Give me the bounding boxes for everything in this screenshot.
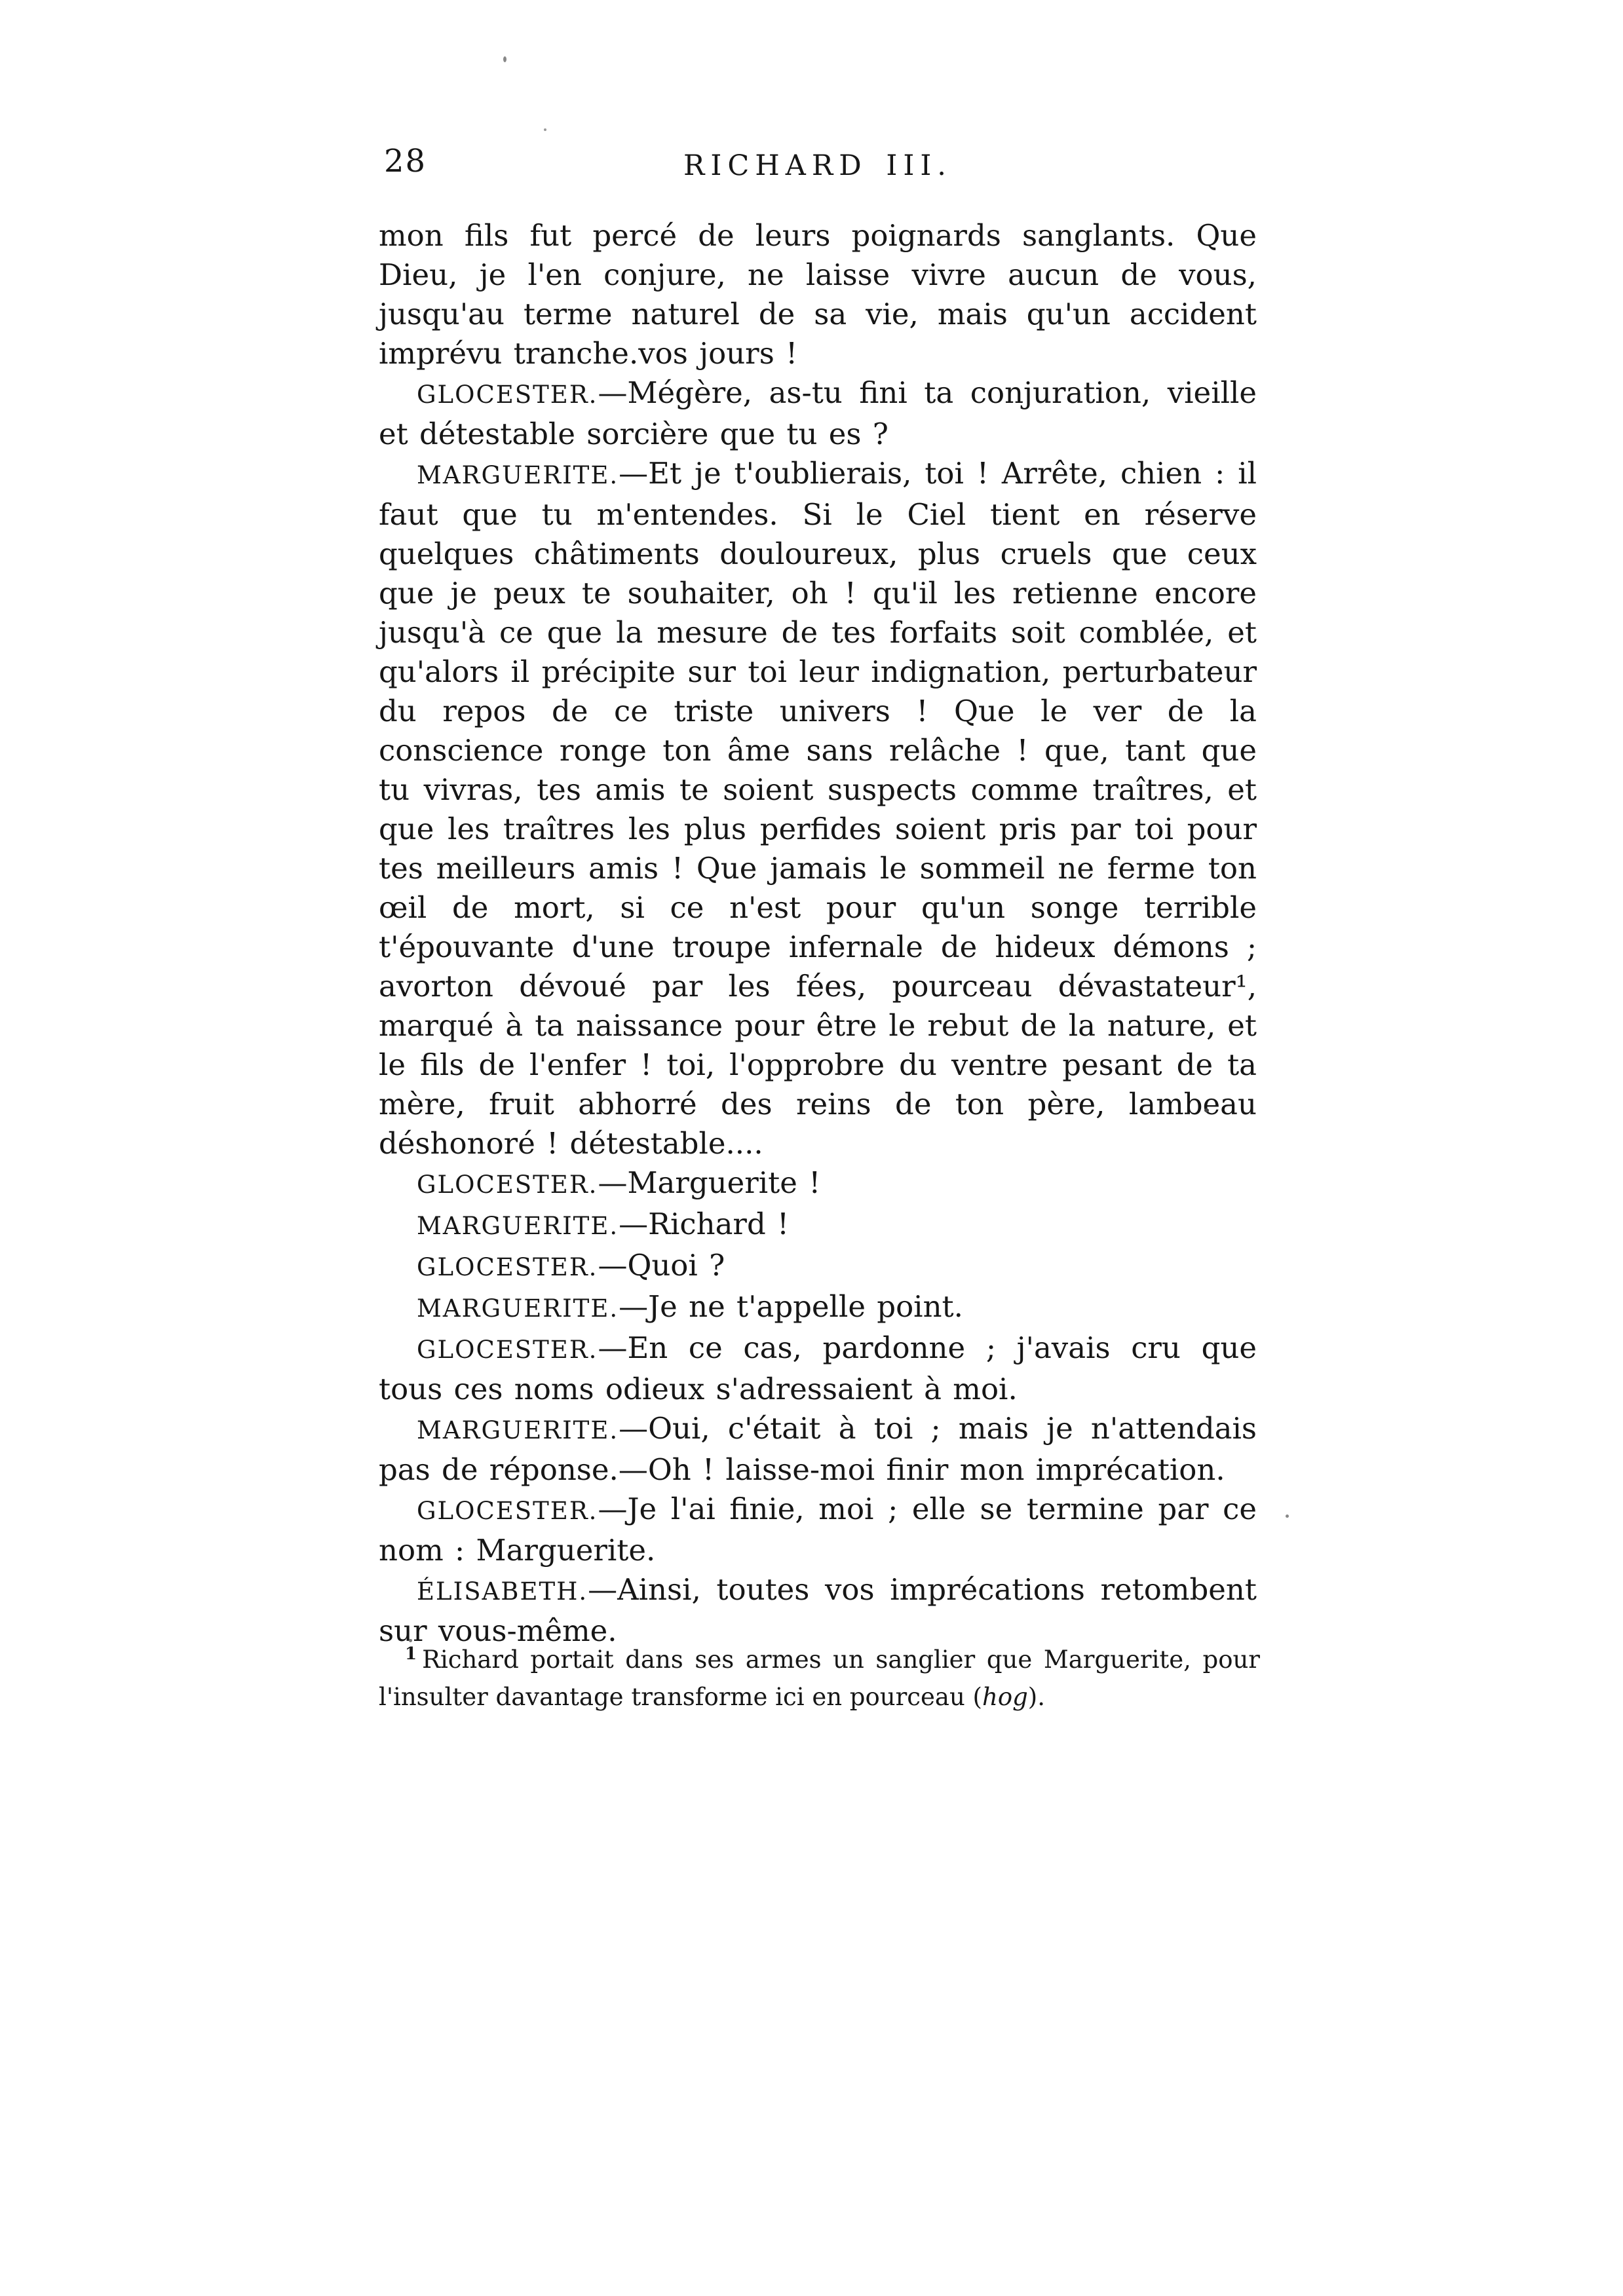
paragraph: GLOCESTER.—Mégère, as-tu fini ta conjura…: [379, 373, 1257, 454]
speaker-label: MARGUERITE.: [417, 1212, 619, 1240]
running-head-title: RICHARD III.: [379, 149, 1257, 182]
main-text-block: mon fils fut percé de leurs poignards sa…: [379, 216, 1257, 1651]
paragraph-text: —Marguerite !: [598, 1165, 820, 1200]
footnote-marker: 1: [405, 1644, 417, 1664]
speaker-label: GLOCESTER.: [417, 1253, 598, 1281]
speaker-label: ÉLISABETH.: [417, 1577, 588, 1606]
speaker-label: GLOCESTER.: [417, 1171, 598, 1199]
scan-speck: [409, 1639, 412, 1642]
speaker-label: GLOCESTER.: [417, 381, 598, 409]
paragraph: GLOCESTER.—En ce cas, pardonne ; j'avais…: [379, 1328, 1257, 1409]
paragraph: GLOCESTER.—Quoi ?: [379, 1246, 1257, 1287]
scan-speck: [1204, 1108, 1209, 1112]
paragraph: ÉLISABETH.—Ainsi, toutes vos imprécation…: [379, 1570, 1257, 1651]
paragraph-text: —Et je t'oublierais, toi ! Arrête, chien…: [379, 456, 1257, 1161]
scan-speck: [503, 56, 506, 62]
paragraph-text: —Quoi ?: [598, 1248, 725, 1283]
paragraph: mon fils fut percé de leurs poignards sa…: [379, 216, 1257, 373]
book-page: 28 RICHARD III. mon fils fut percé de le…: [0, 0, 1623, 2296]
footnote-italic-word: hog: [982, 1683, 1028, 1711]
paragraph: GLOCESTER.—Je l'ai finie, moi ; elle se …: [379, 1490, 1257, 1570]
scan-speck: [1286, 1515, 1289, 1518]
footnote-text-end: ).: [1028, 1683, 1045, 1711]
paragraph-text: mon fils fut percé de leurs poignards sa…: [379, 218, 1257, 371]
paragraph: MARGUERITE.—Oui, c'était à toi ; mais je…: [379, 1409, 1257, 1490]
paragraph: GLOCESTER.—Marguerite !: [379, 1163, 1257, 1205]
speaker-label: MARGUERITE.: [417, 1416, 619, 1444]
speaker-label: GLOCESTER.: [417, 1336, 598, 1364]
paragraph: MARGUERITE.—Je ne t'appelle point.: [379, 1287, 1257, 1328]
paragraph: MARGUERITE.—Richard !: [379, 1205, 1257, 1246]
speaker-label: GLOCESTER.: [417, 1497, 598, 1525]
footnote: 1Richard portait dans ses armes un sangl…: [379, 1641, 1260, 1716]
paragraph-text: —Richard !: [619, 1207, 789, 1241]
speaker-label: MARGUERITE.: [417, 1294, 619, 1323]
scan-speck: [544, 128, 546, 131]
footnote-text: Richard portait dans ses armes un sangli…: [379, 1646, 1260, 1711]
paragraph-text: —Je ne t'appelle point.: [619, 1289, 963, 1324]
speaker-label: MARGUERITE.: [417, 461, 619, 489]
paragraph: MARGUERITE.—Et je t'oublierais, toi ! Ar…: [379, 454, 1257, 1163]
